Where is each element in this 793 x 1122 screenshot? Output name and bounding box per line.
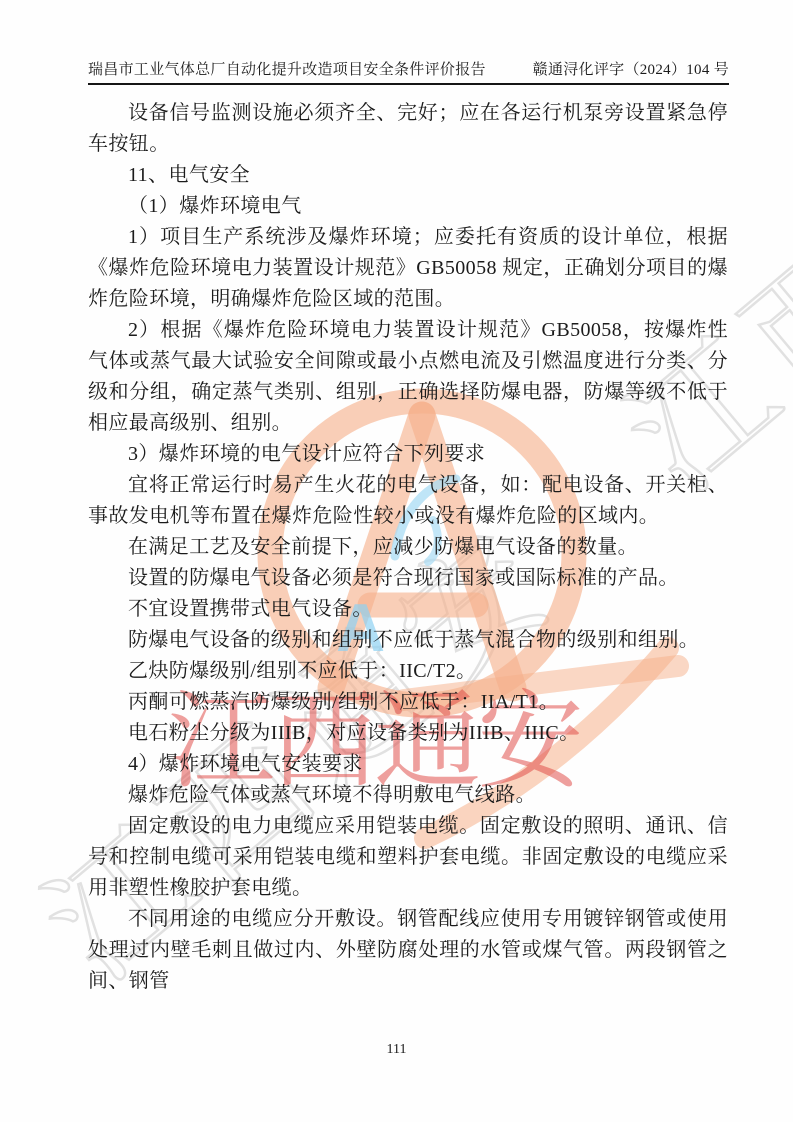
list-heading: 4）爆炸环境电气安装要求	[88, 749, 728, 780]
paragraph: 固定敷设的电力电缆应采用铠装电缆。固定敷设的照明、通讯、信号和控制电缆可采用铠装…	[88, 811, 728, 904]
paragraph: 不同用途的电缆应分开敷设。钢管配线应使用专用镀锌钢管或使用处理过内壁毛刺且做过内…	[88, 904, 728, 997]
paragraph: 乙炔防爆级别/组别不应低于：IIC/T2。	[88, 656, 728, 687]
paragraph: 宜将正常运行时易产生火花的电气设备，如：配电设备、开关柜、事故发电机等布置在爆炸…	[88, 470, 728, 532]
document-page: 江西通安 江西通安 A 江西通安 瑞昌市工业气体总厂自动化提升改造项目安全条件	[0, 0, 793, 1122]
page-header: 瑞昌市工业气体总厂自动化提升改造项目安全条件评价报告 赣通浔化评字（2024）1…	[88, 58, 729, 85]
paragraph: 爆炸危险气体或蒸气环境不得明敷电气线路。	[88, 780, 728, 811]
header-report-title: 瑞昌市工业气体总厂自动化提升改造项目安全条件评价报告	[88, 58, 486, 79]
paragraph: 设备信号监测设施必须齐全、完好；应在各运行机泵旁设置紧急停车按钮。	[88, 98, 728, 160]
paragraph: 1）项目生产系统涉及爆炸环境；应委托有资质的设计单位，根据《爆炸危险环境电力装置…	[88, 222, 728, 315]
subsection-heading: （1）爆炸环境电气	[88, 191, 728, 222]
paragraph: 丙酮可燃蒸汽防爆级别/组别不应低于：IIA/T1。	[88, 687, 728, 718]
paragraph: 电石粉尘分级为IIIB，对应设备类别为IIIB、IIIC。	[88, 718, 728, 749]
header-doc-number: 赣通浔化评字（2024）104 号	[533, 58, 729, 79]
paragraph: 不宜设置携带式电气设备。	[88, 594, 728, 625]
paragraph: 防爆电气设备的级别和组别不应低于蒸气混合物的级别和组别。	[88, 625, 728, 656]
page-number: 111	[387, 1042, 407, 1057]
paragraph: 在满足工艺及安全前提下，应减少防爆电气设备的数量。	[88, 532, 728, 563]
section-heading: 11、电气安全	[88, 160, 728, 191]
paragraph: 设置的防爆电气设备必须是符合现行国家或国际标准的产品。	[88, 563, 728, 594]
page-footer: 111	[0, 1042, 793, 1058]
document-body: 设备信号监测设施必须齐全、完好；应在各运行机泵旁设置紧急停车按钮。 11、电气安…	[88, 98, 728, 997]
list-heading: 3）爆炸环境的电气设计应符合下列要求	[88, 439, 728, 470]
paragraph: 2）根据《爆炸危险环境电力装置设计规范》GB50058，按爆炸性气体或蒸气最大试…	[88, 315, 728, 439]
